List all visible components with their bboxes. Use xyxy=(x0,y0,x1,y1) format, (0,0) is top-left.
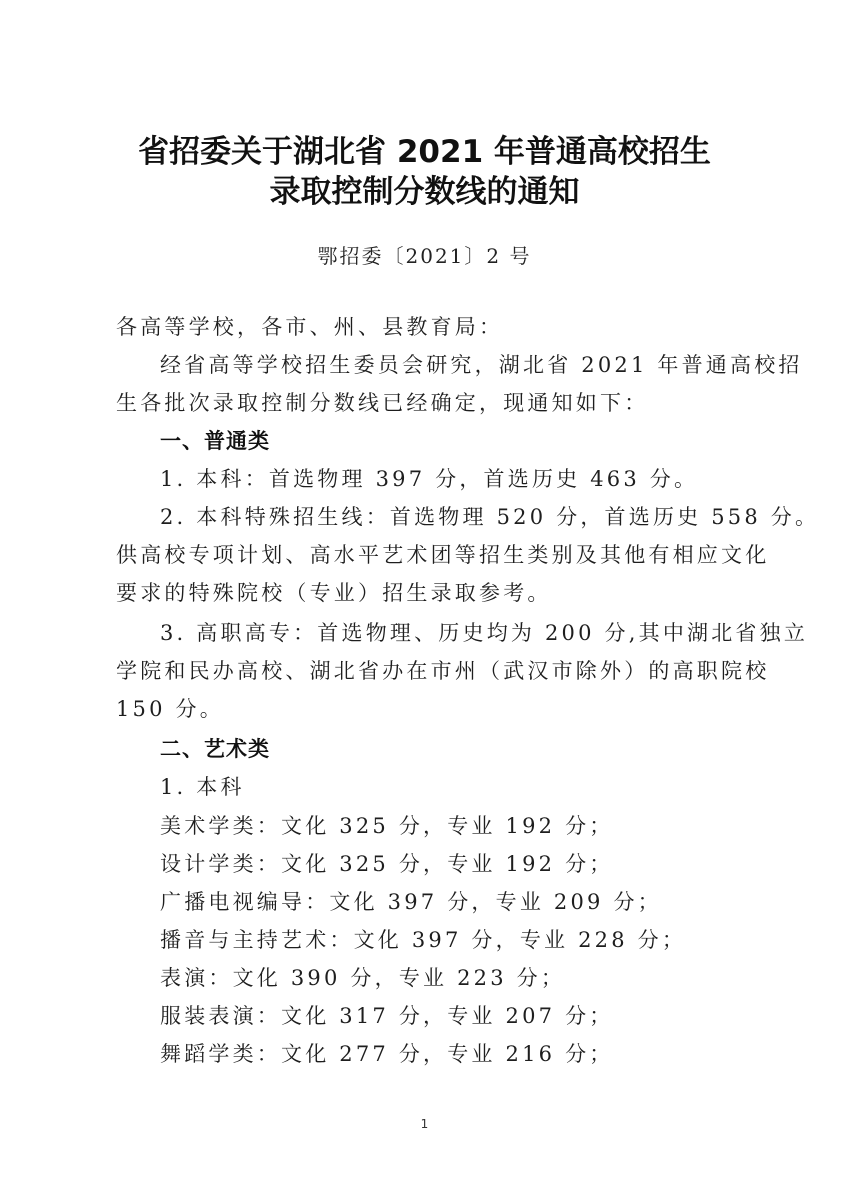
general-item-special-line-2: 供高校专项计划、高水平艺术团等招生类别及其他有相应文化 xyxy=(116,539,769,569)
general-item-vocational-line-3: 150 分。 xyxy=(116,693,224,723)
section-heading-general: 一、普通类 xyxy=(160,425,270,455)
salutation: 各高等学校，各市、州、县教育局： xyxy=(116,311,503,341)
general-item-vocational-line-1: 3. 高职高专：首选物理、历史均为 200 分,其中湖北省独立 xyxy=(160,617,808,647)
arts-item-performance: 表演：文化 390 分，专业 223 分； xyxy=(160,962,565,992)
section-heading-arts: 二、艺术类 xyxy=(160,733,270,763)
document-title-line-2: 录取控制分数线的通知 xyxy=(0,166,849,211)
page-number: 1 xyxy=(0,1117,849,1131)
arts-item-broadcasting-hosting: 播音与主持艺术：文化 397 分，专业 228 分； xyxy=(160,924,686,954)
document-page: 省招委关于湖北省 2021 年普通高校招生 录取控制分数线的通知 鄂招委〔202… xyxy=(0,0,849,1200)
arts-item-dance: 舞蹈学类：文化 277 分，专业 216 分； xyxy=(160,1038,613,1068)
document-number: 鄂招委〔2021〕2 号 xyxy=(0,240,849,269)
document-title-line-1: 省招委关于湖北省 2021 年普通高校招生 xyxy=(0,126,849,171)
general-item-vocational-line-2: 学院和民办高校、湖北省办在市州（武汉市除外）的高职院校 xyxy=(116,655,769,685)
intro-line-1: 经省高等学校招生委员会研究，湖北省 2021 年普通高校招 xyxy=(160,349,803,379)
arts-item-broadcast-directing: 广播电视编导：文化 397 分，专业 209 分； xyxy=(160,886,662,916)
general-item-undergraduate: 1. 本科：首选物理 397 分，首选历史 463 分。 xyxy=(160,463,698,493)
general-item-special-line-3: 要求的特殊院校（专业）招生录取参考。 xyxy=(116,577,552,607)
arts-item-fashion-performance: 服装表演：文化 317 分，专业 207 分； xyxy=(160,1000,613,1030)
arts-item-design: 设计学类：文化 325 分，专业 192 分； xyxy=(160,848,613,878)
arts-subheading-undergraduate: 1. 本科 xyxy=(160,771,245,801)
arts-item-fine-arts: 美术学类：文化 325 分，专业 192 分； xyxy=(160,810,613,840)
general-item-special-line-1: 2. 本科特殊招生线：首选物理 520 分，首选历史 558 分。 xyxy=(160,501,819,531)
intro-line-2: 生各批次录取控制分数线已经确定，现通知如下： xyxy=(116,387,648,417)
